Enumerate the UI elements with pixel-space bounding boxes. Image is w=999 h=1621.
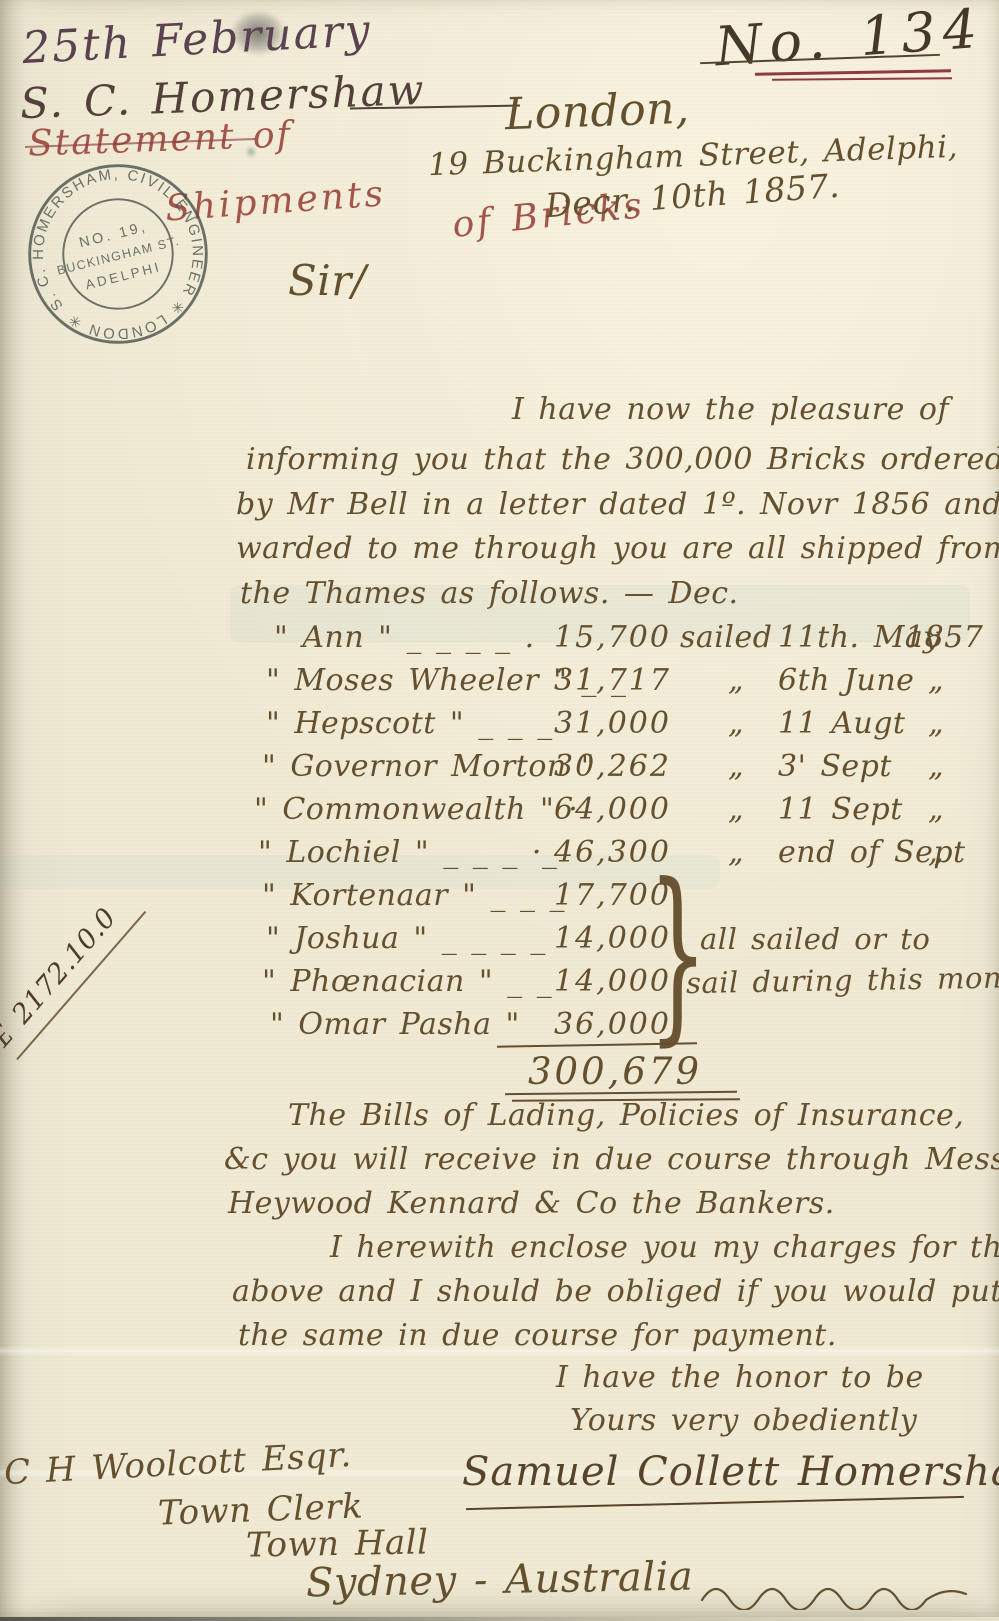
signature: Samuel Collett Homersham: [462, 1448, 999, 1496]
body-line: I herewith enclose you my charges for th…: [330, 1230, 999, 1266]
sailed-date: 11 Augt: [778, 706, 905, 742]
ship-quantity: 15,700: [545, 620, 680, 656]
sailed-date: 3' Sept: [778, 749, 892, 785]
body-line: &c you will receive in due course throug…: [224, 1142, 999, 1178]
ship-name: " Phœnacian " _ _: [262, 964, 552, 1000]
sailed-date: 11 Sept: [778, 792, 903, 828]
ship-name: " Joshua " _ _ _ _: [266, 921, 546, 957]
closing-line: I have the honor to be: [556, 1360, 924, 1396]
doc-number-underline: [772, 77, 952, 81]
body-line: Heywood Kennard & Co the Bankers.: [228, 1186, 835, 1222]
ship-quantity: 64,000: [545, 792, 680, 828]
flourish-underline: [700, 1584, 970, 1610]
ship-quantity: 31,000: [545, 706, 680, 742]
sailed-year: „: [905, 706, 967, 742]
letter-page: 25th February No. 134 S. C. Homershaw St…: [0, 0, 999, 1621]
group-note-line: all sailed or to: [700, 922, 930, 957]
ditto-mark: „: [680, 706, 744, 742]
sailed-year: „: [905, 792, 967, 828]
margin-amount-note: £ 2172.10.0: [0, 885, 147, 1061]
ship-name: " Hepscott " _ _ _: [266, 706, 553, 742]
ship-name: " Omar Pasha ": [270, 1007, 520, 1043]
body-line: I have now the pleasure of: [512, 392, 949, 428]
signature-underline: [466, 1496, 964, 1510]
body-line: informing you that the 300,000 Bricks or…: [246, 442, 999, 478]
ship-name: " Kortenaar " _ _ _: [262, 878, 565, 914]
salutation: Sir/: [288, 256, 366, 306]
closing-line: Yours very obediently: [570, 1403, 917, 1439]
sailed-year: „: [905, 749, 967, 785]
sailed-label: sailed: [680, 620, 744, 656]
letter-city: London,: [504, 83, 690, 142]
ship-name: " Commonwealth " ·: [254, 792, 578, 828]
ship-quantity: 31,717: [545, 663, 680, 699]
body-line: The Bills of Lading, Policies of Insuran…: [288, 1098, 964, 1134]
body-line: by Mr Bell in a letter dated 1º. Novr 18…: [236, 487, 999, 523]
body-line: warded to me through you are all shipped…: [236, 531, 999, 567]
sailed-year: „: [905, 663, 967, 699]
ditto-mark: „: [680, 663, 744, 699]
ship-name: " Lochiel " _ _ _ ·_: [258, 835, 557, 871]
shipments-total: 300,679: [528, 1050, 702, 1094]
group-note-line: sail during this month.: [686, 960, 999, 1001]
archival-date-note: 25th February: [21, 5, 373, 76]
ship-quantity: 30,262: [545, 749, 680, 785]
body-line: the same in due course for payment.: [238, 1318, 837, 1354]
addressee-city: Sydney - Australia: [306, 1553, 694, 1608]
body-line: above and I should be obliged if you wou…: [232, 1274, 999, 1310]
office-stamp: S. C. HOMERSHAM, CIVIL ENGINEER ✳ LONDON…: [22, 158, 214, 350]
ship-name: " Ann " _ _ _ _ .: [274, 620, 535, 656]
scan-edge: [0, 1617, 999, 1621]
ditto-mark: „: [680, 792, 744, 828]
ditto-mark: „: [680, 749, 744, 785]
grouping-brace: }: [648, 856, 708, 1052]
sailed-date: 6th June: [778, 663, 914, 699]
document-number: No. 134: [713, 0, 986, 80]
sailed-year: 1857: [905, 620, 967, 656]
body-line: the Thames as follows. — Dec.: [240, 576, 739, 612]
sailed-year: „: [905, 835, 967, 871]
addressee-name: C H Woolcott Esqr.: [3, 1435, 352, 1494]
